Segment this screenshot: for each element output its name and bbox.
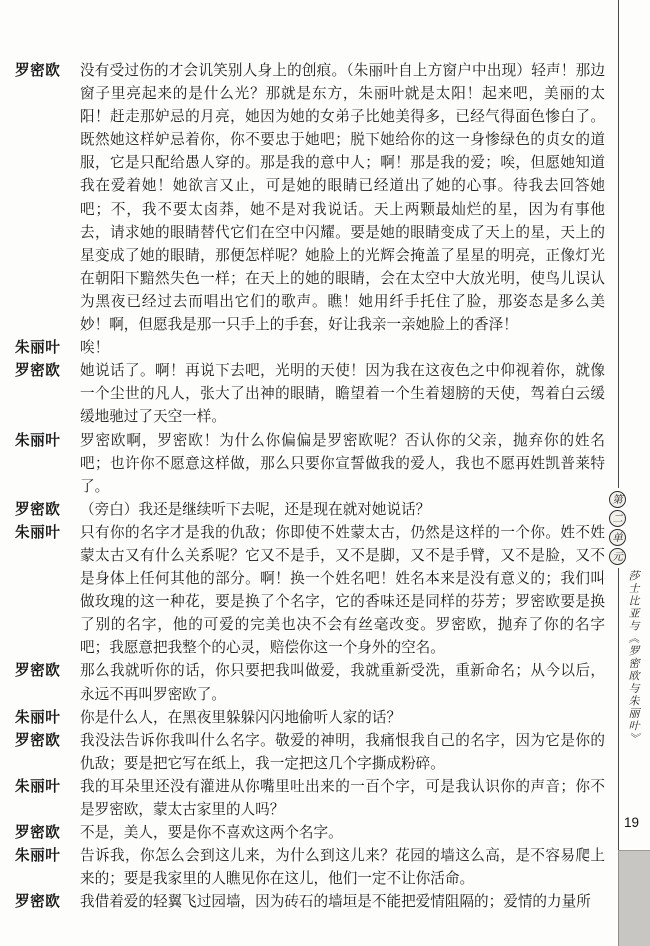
speaker-name: 罗密欧 <box>15 499 80 522</box>
speaker-name: 朱丽叶 <box>15 337 80 360</box>
page-number: 19 <box>624 815 639 830</box>
speech-block: 朱丽叶 你是什么人，在黑夜里躲躲闪闪地偷听人家的话？ <box>15 707 605 730</box>
speaker-name: 罗密欧 <box>15 891 80 914</box>
speaker-name: 朱丽叶 <box>15 522 80 545</box>
unit-badge-char: 单 <box>609 529 626 546</box>
speaker-name: 朱丽叶 <box>15 707 80 730</box>
speaker-name: 朱丽叶 <box>15 845 80 868</box>
speech-block: 朱丽叶 告诉我，你怎么会到这儿来，为什么到这儿来？花园的墙这么高，是不容易爬上来… <box>15 845 605 891</box>
dialogue-area: 罗密欧 没有受过伤的才会讥笑别人身上的创痕。（朱丽叶自上方窗户中出现）轻声！那边… <box>15 60 605 914</box>
speech-text: 唉！ <box>80 337 605 360</box>
page-edge-shading <box>618 850 650 946</box>
speech-text: 她说话了。啊！再说下去吧，光明的天使！因为我在这夜色之中仰视着你，就像一个尘世的… <box>80 360 605 429</box>
speech-block: 朱丽叶 我的耳朵里还没有灌进从你嘴里吐出来的一百个字，可是我认识你的声音；你不是… <box>15 776 605 822</box>
unit-badge-char: 第 <box>609 491 626 508</box>
speaker-name: 罗密欧 <box>15 360 80 383</box>
unit-badge-char: 二 <box>609 510 626 527</box>
speech-block: 朱丽叶 唉！ <box>15 337 605 360</box>
speech-block: 罗密欧 那么我就听你的话，你只要把我叫做爱，我就重新受洗，重新命名；从今以后，永… <box>15 660 605 706</box>
speaker-name: 朱丽叶 <box>15 430 80 453</box>
speaker-name: 罗密欧 <box>15 60 80 83</box>
speech-text: 我没法告诉你我叫什么名字。敬爱的神明，我痛恨我自己的名字，因为它是你的仇敌；要是… <box>80 730 605 776</box>
speaker-name: 朱丽叶 <box>15 776 80 799</box>
speech-text: 我借着爱的轻翼飞过园墙，因为砖石的墙垣是不能把爱情阻隔的；爱情的力量所 <box>80 891 605 914</box>
unit-badge-char: 元 <box>609 548 626 565</box>
speech-text: 只有你的名字才是我的仇敌；你即使不姓蒙太古，仍然是这样的一个你。姓不姓蒙太古又有… <box>80 522 605 661</box>
chapter-title-vertical: 莎士比亚与《罗密欧与朱丽叶》 <box>625 570 641 756</box>
speech-text: 你是什么人，在黑夜里躲躲闪闪地偷听人家的话？ <box>80 707 605 730</box>
speech-block: 罗密欧 不是，美人，要是你不喜欢这两个名字。 <box>15 822 605 845</box>
speech-block: 罗密欧 （旁白）我还是继续听下去呢，还是现在就对她说话？ <box>15 499 605 522</box>
speech-block: 罗密欧 我借着爱的轻翼飞过园墙，因为砖石的墙垣是不能把爱情阻隔的；爱情的力量所 <box>15 891 605 914</box>
speech-block: 罗密欧 我没法告诉你我叫什么名字。敬爱的神明，我痛恨我自己的名字，因为它是你的仇… <box>15 730 605 776</box>
speech-text: 那么我就听你的话，你只要把我叫做爱，我就重新受洗，重新命名；从今以后，永远不再叫… <box>80 660 605 706</box>
speech-text: 罗密欧啊，罗密欧！为什么你偏偏是罗密欧呢？否认你的父亲，抛弃你的姓名吧；也许你不… <box>80 430 605 499</box>
speech-text: 没有受过伤的才会讥笑别人身上的创痕。（朱丽叶自上方窗户中出现）轻声！那边窗子里亮… <box>80 60 605 337</box>
speech-text: 不是，美人，要是你不喜欢这两个名字。 <box>80 822 605 845</box>
speaker-name: 罗密欧 <box>15 660 80 683</box>
speech-text: 告诉我，你怎么会到这儿来，为什么到这儿来？花园的墙这么高，是不容易爬上来的；要是… <box>80 845 605 891</box>
speaker-name: 罗密欧 <box>15 822 80 845</box>
unit-badge: 第 二 单 元 <box>609 488 626 568</box>
speaker-name: 罗密欧 <box>15 730 80 753</box>
speech-text: （旁白）我还是继续听下去呢，还是现在就对她说话？ <box>80 499 605 522</box>
sidebar-divider-line <box>618 0 619 850</box>
speech-text: 我的耳朵里还没有灌进从你嘴里吐出来的一百个字，可是我认识你的声音；你不是罗密欧，… <box>80 776 605 822</box>
speech-block: 罗密欧 没有受过伤的才会讥笑别人身上的创痕。（朱丽叶自上方窗户中出现）轻声！那边… <box>15 60 605 337</box>
speech-block: 罗密欧 她说话了。啊！再说下去吧，光明的天使！因为我在这夜色之中仰视着你，就像一… <box>15 360 605 429</box>
speech-block: 朱丽叶 罗密欧啊，罗密欧！为什么你偏偏是罗密欧呢？否认你的父亲，抛弃你的姓名吧；… <box>15 430 605 499</box>
speech-block: 朱丽叶 只有你的名字才是我的仇敌；你即使不姓蒙太古，仍然是这样的一个你。姓不姓蒙… <box>15 522 605 661</box>
